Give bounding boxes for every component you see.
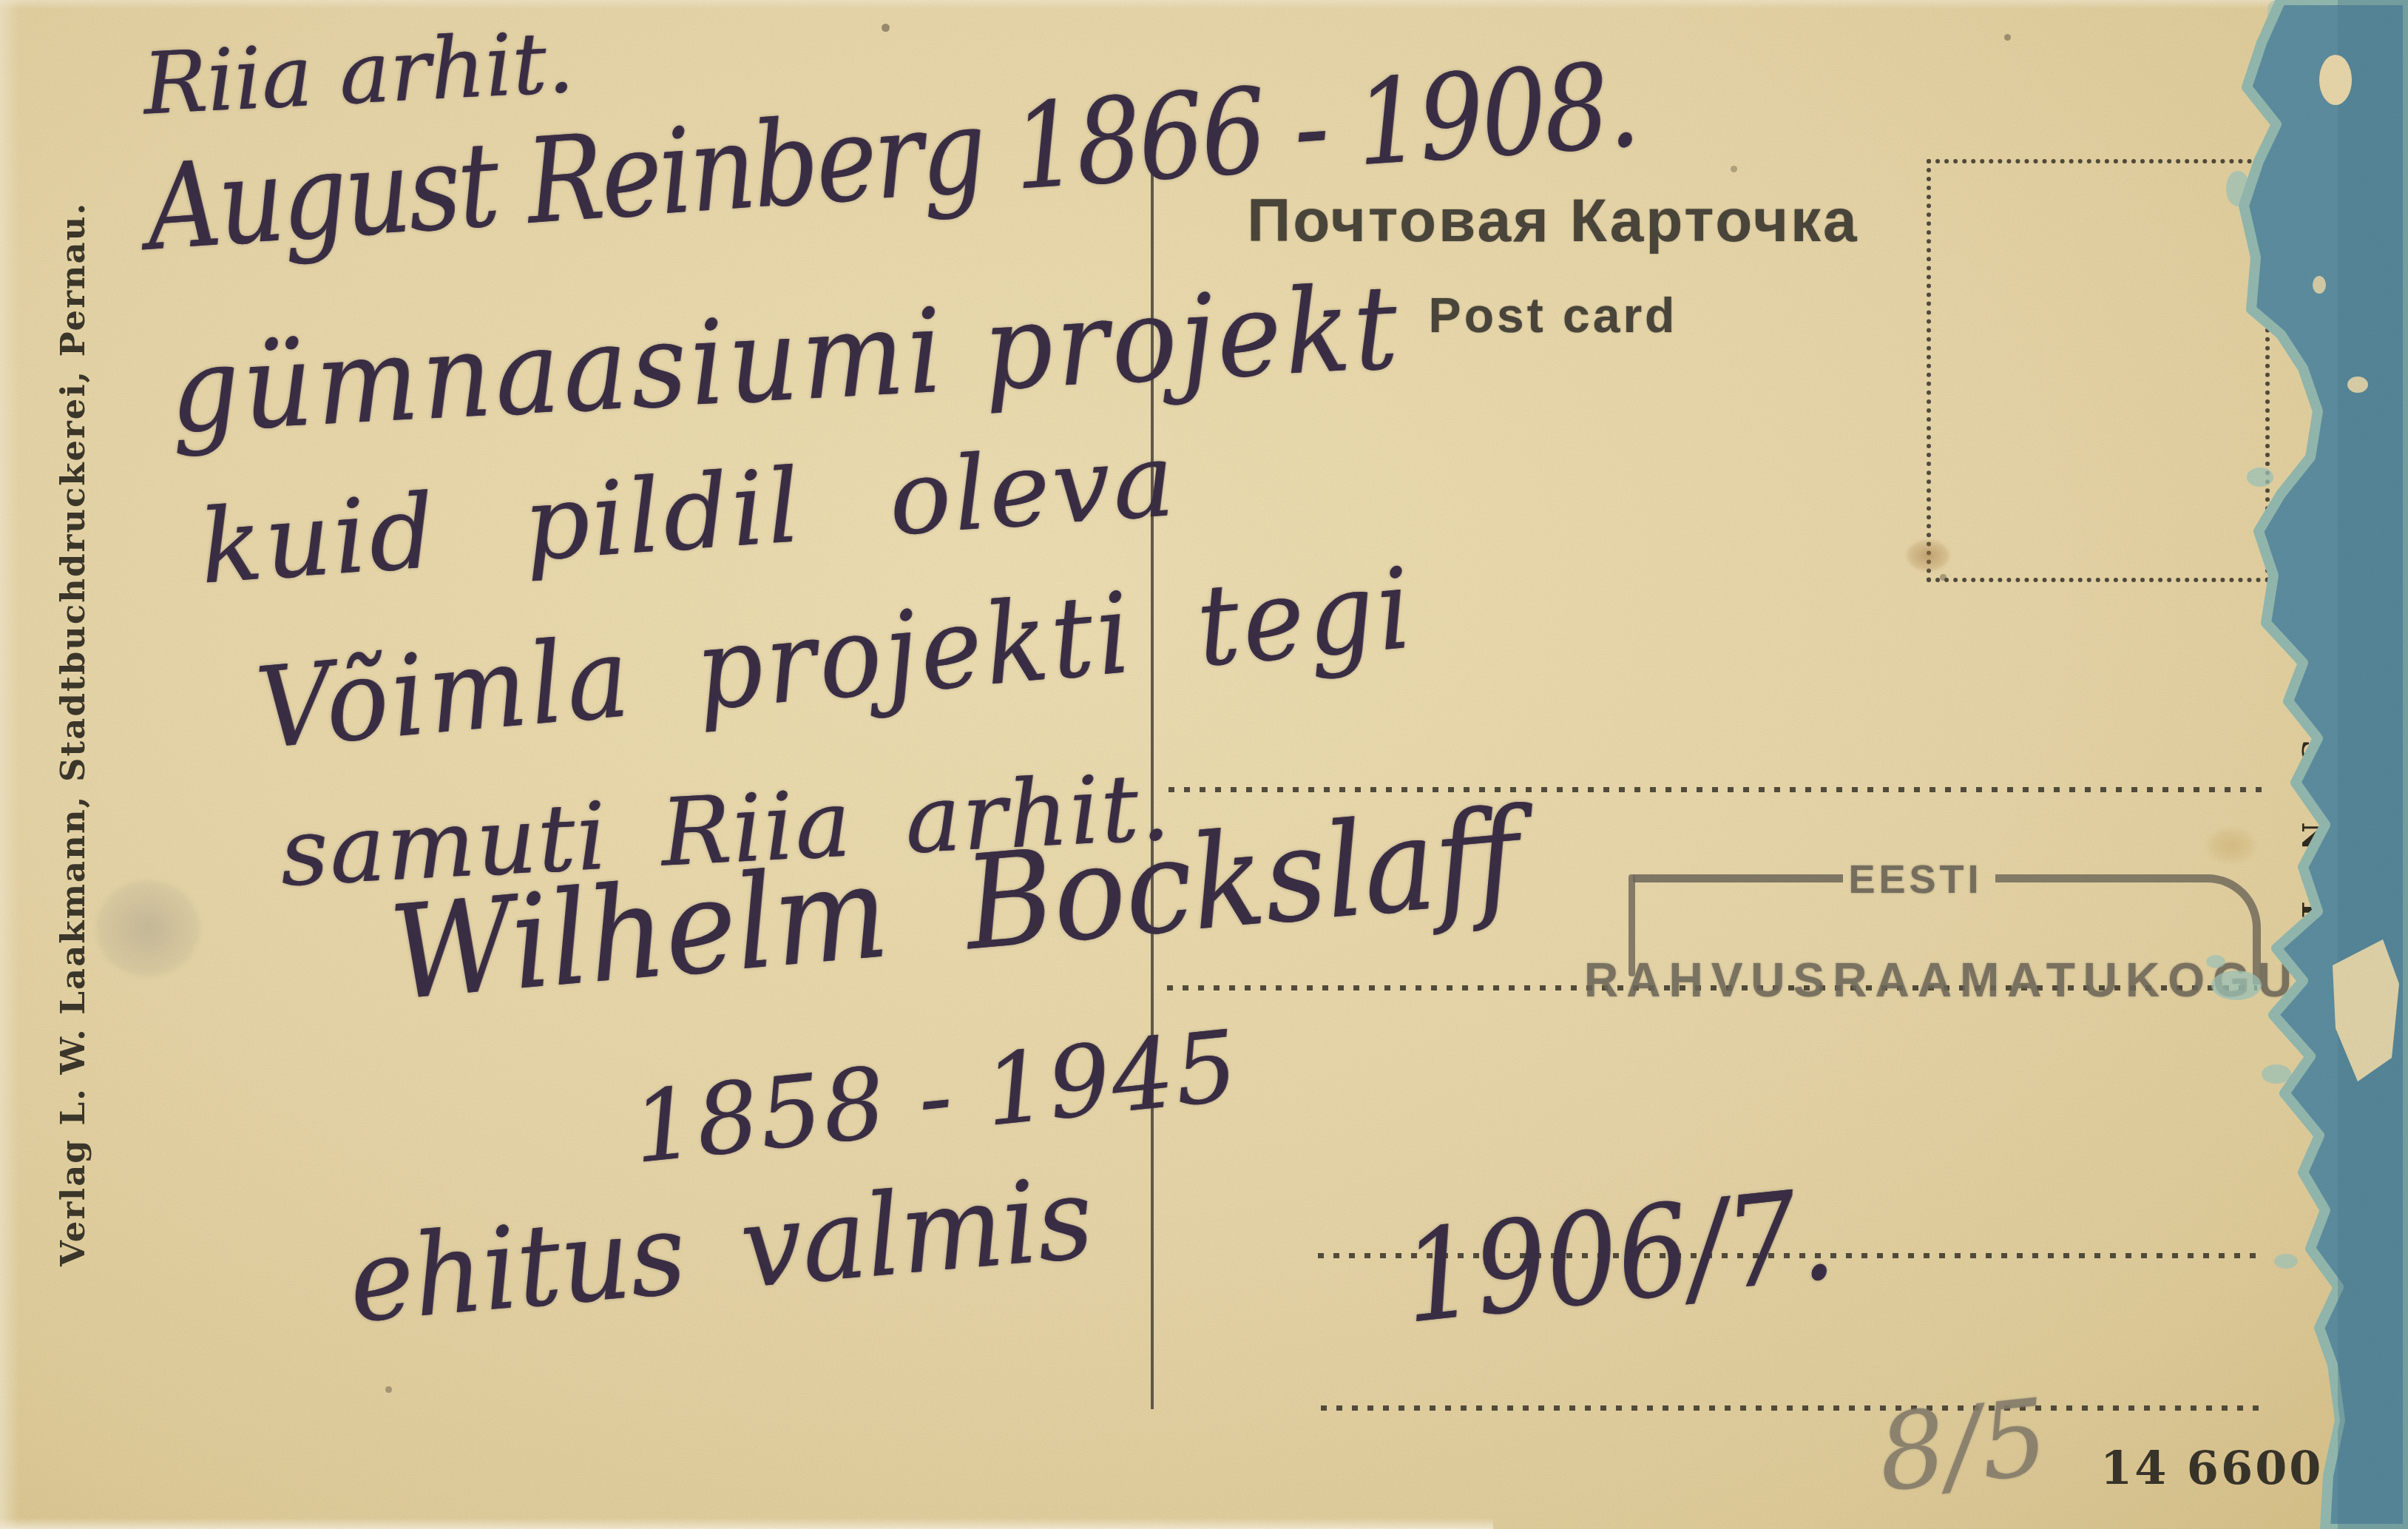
torn-blue-paper-edge <box>2164 0 2408 1529</box>
address-dotted-line-1 <box>1169 787 2262 792</box>
torn-edge-fringe <box>2211 971 2262 1000</box>
library-stamp-frame-top-left <box>1633 874 1843 882</box>
scan-edge-bottom <box>0 1518 1493 1529</box>
torn-edge-fringe <box>2247 468 2273 487</box>
paper-specks <box>0 0 4 4</box>
torn-edge-fringe <box>2262 1064 2291 1084</box>
torn-edge-fringe <box>2206 955 2225 968</box>
torn-edge-shade <box>2338 0 2408 1529</box>
scan-edge-left <box>0 0 19 1529</box>
postcard-back: Почтовая Карточка Post card EESTI RAHVUS… <box>0 0 2408 1529</box>
pencil-smudge <box>96 880 200 976</box>
handwriting-line-9: ehitus valmis <box>344 1152 1098 1349</box>
torn-edge-hole <box>2313 276 2326 294</box>
torn-edge-hole <box>2319 55 2352 105</box>
pencil-note: 8/5 <box>1873 1377 2054 1516</box>
handwriting-line-3: gümnaasiumi projekt <box>166 260 1404 460</box>
address-dotted-line-4 <box>1321 1405 2262 1411</box>
scan-edge-top <box>0 0 2408 9</box>
library-stamp-country: EESTI <box>1838 857 1993 902</box>
torn-edge-fringe <box>2274 1254 2298 1269</box>
handwriting-line-10: 1906/7. <box>1396 1161 1841 1351</box>
brown-stain <box>1907 540 1949 571</box>
publisher-imprint: Verlag L. W. Laakmann, Stadtbuchdruckere… <box>53 202 92 1266</box>
postcard-title-russian: Почтовая Карточка <box>1213 186 1893 256</box>
torn-edge-hole <box>2347 377 2368 393</box>
